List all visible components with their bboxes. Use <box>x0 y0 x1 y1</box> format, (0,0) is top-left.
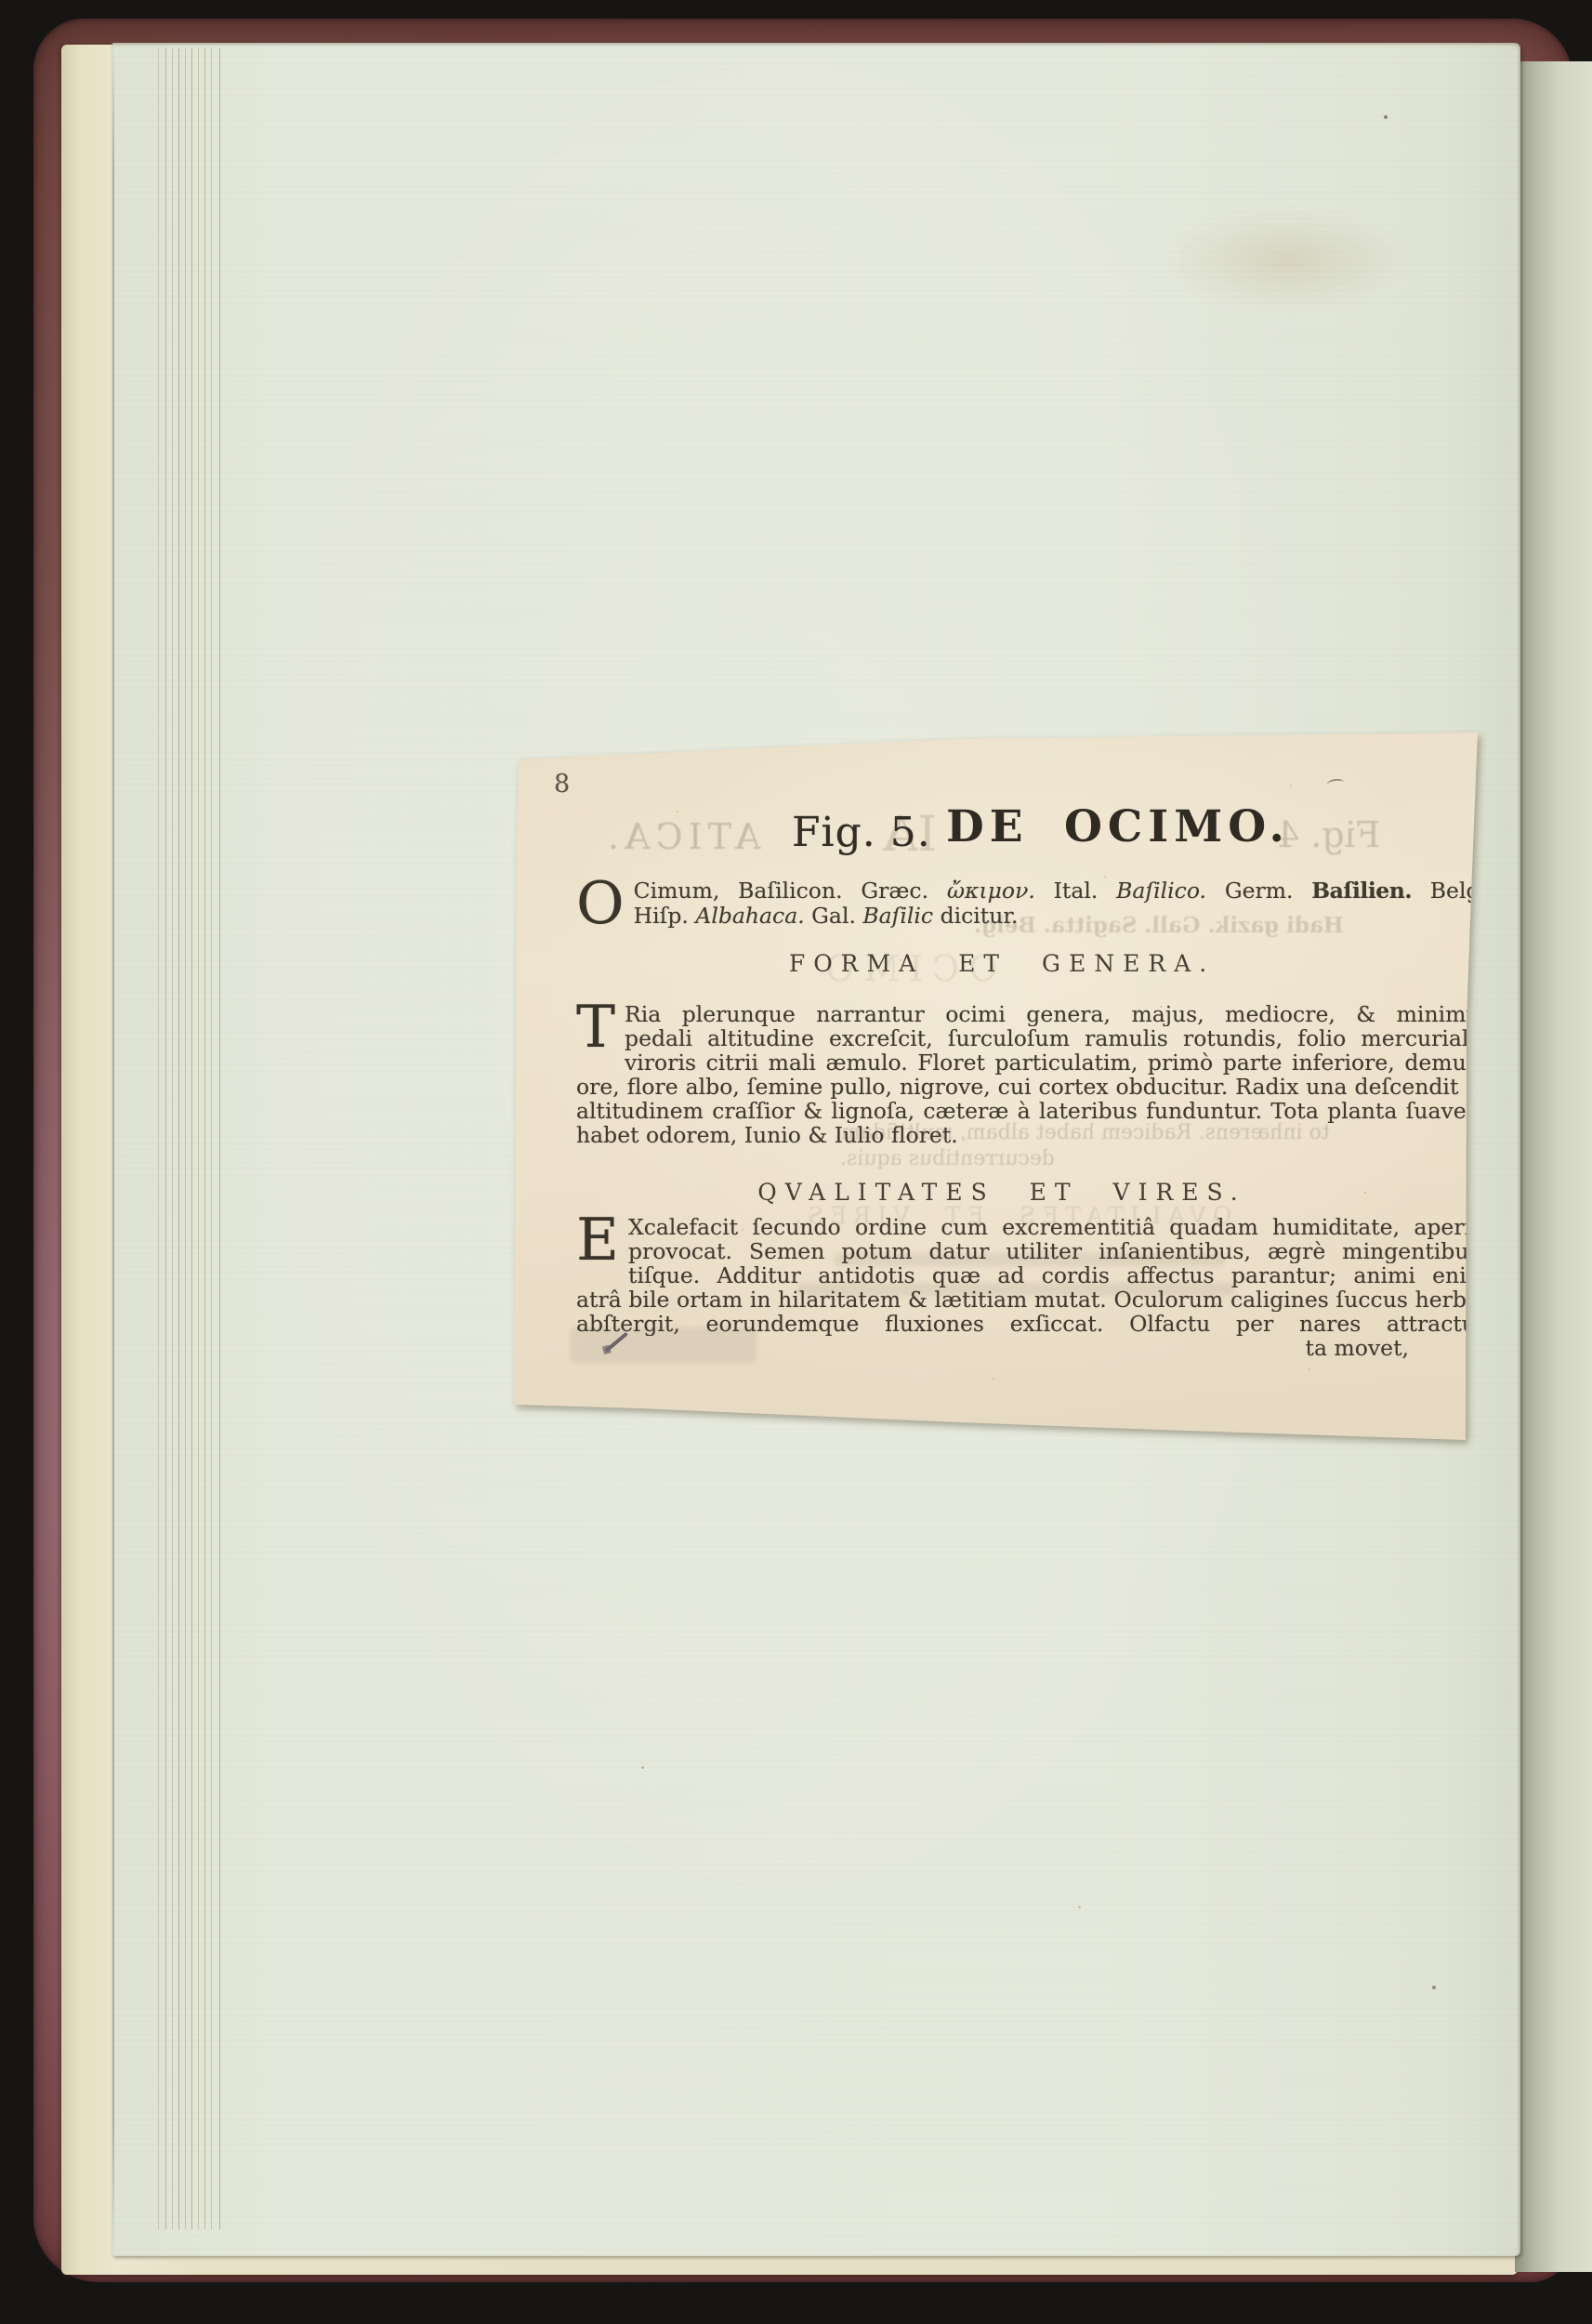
text-segment: Baſilico. <box>1116 878 1206 904</box>
text-segment: abſtergit, eorundemque fluxiones exſicca… <box>576 1312 1487 1336</box>
intro-paragraph: OCimum, Baſilicon. Græc. ὤκιμον. Ital. B… <box>576 878 1487 929</box>
text-line: pedali altitudine excreſcit, ſurculoſum … <box>625 1026 1487 1050</box>
text-segment: Hiſp. <box>634 904 696 929</box>
text-segment: Albahaca. <box>695 904 804 929</box>
text-line: ta movet, <box>576 1336 1487 1360</box>
text-line: viroris citrii mali æmulo. Floret partic… <box>625 1050 1487 1075</box>
text-segment: habet odorem, Iunio & Iulio floret. <box>576 1123 958 1147</box>
text-line: Cimum, Baſilicon. Græc. ὤκιμον. Ital. Ba… <box>634 878 1487 904</box>
text-segment: Baſilien. <box>1311 878 1412 904</box>
text-segment: Germ. <box>1206 878 1311 904</box>
text-line: Ria plerunque narrantur ocimi genera, ma… <box>625 1002 1487 1026</box>
text-segment: Cimum, Baſilicon. Græc. <box>634 878 947 904</box>
text-line: altitudinem craſſior & lignoſa, cæteræ à… <box>576 1099 1487 1123</box>
text-segment: Ria plerunque narrantur ocimi genera, ma… <box>625 1002 1487 1026</box>
text-segment: ὤκιμον. <box>947 878 1035 904</box>
slip-paper: ATICA. IA Fig. 4 OCIMO Hadi gazik. Gall.… <box>509 727 1487 1445</box>
text-line: provocat. Semen potum datur utiliter inſ… <box>628 1239 1487 1263</box>
text-segment: ta movet, <box>1306 1336 1409 1360</box>
text-segment: ore, flore albo, ſemine pullo, nigrove, … <box>576 1075 1487 1099</box>
text-segment: dicitur. <box>933 904 1018 929</box>
paper-speck <box>1384 115 1388 119</box>
page-stain <box>1166 209 1408 311</box>
showthrough-title-right: Fig. 4 <box>1277 814 1380 855</box>
paper-speck <box>641 1766 644 1769</box>
text-line: habet odorem, Iunio & Iulio floret. <box>576 1123 1487 1147</box>
text-segment: Baſilic <box>862 904 933 929</box>
page-stub-line <box>219 48 220 2229</box>
page-stub-line <box>172 48 173 2229</box>
paper-fibers <box>509 727 511 729</box>
page-stub-line <box>165 48 166 2229</box>
text-line: atrâ bile ortam in hilaritatem & lætitia… <box>576 1287 1487 1312</box>
page-stub-line <box>158 48 159 2229</box>
text-line: tiſque. Additur antidotis quæ ad cordis … <box>628 1263 1487 1287</box>
text-line: Xcalefacit ſecundo ordine cum excrementi… <box>628 1215 1487 1239</box>
vires-paragraph: EXcalefacit ſecundo ordine cum excrement… <box>576 1215 1487 1360</box>
text-segment: tiſque. Additur antidotis quæ ad cordis … <box>628 1263 1487 1287</box>
drop-cap: E <box>576 1216 619 1264</box>
text-line: Hiſp. Albahaca. Gal. Baſilic dicitur. <box>634 904 1487 929</box>
page-stub-line <box>198 48 199 2229</box>
page-stub-line <box>185 48 186 2229</box>
text-line: abſtergit, eorundemque fluxiones exſicca… <box>576 1312 1487 1336</box>
pasted-printed-slip: ATICA. IA Fig. 4 OCIMO Hadi gazik. Gall.… <box>509 727 1487 1445</box>
text-line: ore, flore albo, ſemine pullo, nigrove, … <box>576 1075 1487 1099</box>
next-leaf-edge <box>1515 61 1592 2272</box>
slip-page-number: 8 <box>554 770 570 799</box>
book-photo: ATICA. IA Fig. 4 OCIMO Hadi gazik. Gall.… <box>0 0 1592 2324</box>
figure-label: Fig. 5. <box>792 809 931 856</box>
chapter-title: DE OCIMO. <box>946 801 1290 852</box>
text-segment: atrâ bile ortam in hilaritatem & lætitia… <box>576 1287 1487 1312</box>
text-segment: pedali altitudine excreſcit, ſurculoſum … <box>625 1026 1487 1050</box>
section-heading-vires: QVALITATES ET VIRES. <box>546 1179 1457 1206</box>
text-segment: Belg. <box>1412 878 1487 904</box>
page-stub-line <box>204 48 205 2229</box>
drop-cap: O <box>576 879 625 928</box>
paper-speck <box>1432 1986 1436 1989</box>
section-heading-forma: FORMA ET GENERA. <box>546 950 1457 977</box>
text-segment: provocat. Semen potum datur utiliter inſ… <box>628 1239 1487 1263</box>
page-stub-line <box>211 48 212 2229</box>
page-stub-line <box>191 48 192 2229</box>
text-segment: altitudinem craſſior & lignoſa, cæteræ à… <box>576 1099 1487 1123</box>
text-segment: viroris citrii mali æmulo. Floret partic… <box>625 1050 1487 1075</box>
ink-squiggle-mark <box>1326 778 1344 788</box>
text-segment: Gal. <box>805 904 863 929</box>
page-fold-line <box>112 46 114 2250</box>
showthrough-title-left: ATICA. <box>602 816 760 857</box>
forma-paragraph: TRia plerunque narrantur ocimi genera, m… <box>576 1002 1487 1147</box>
text-segment: Ital. <box>1035 878 1116 904</box>
text-segment: Xcalefacit ſecundo ordine cum excrementi… <box>628 1215 1487 1239</box>
page-stub-line <box>178 48 179 2229</box>
paper-speck <box>1078 1906 1081 1908</box>
drop-cap: T <box>576 1003 615 1051</box>
showthrough-forma-line2: decurrentibus aquis. <box>840 1147 1055 1170</box>
